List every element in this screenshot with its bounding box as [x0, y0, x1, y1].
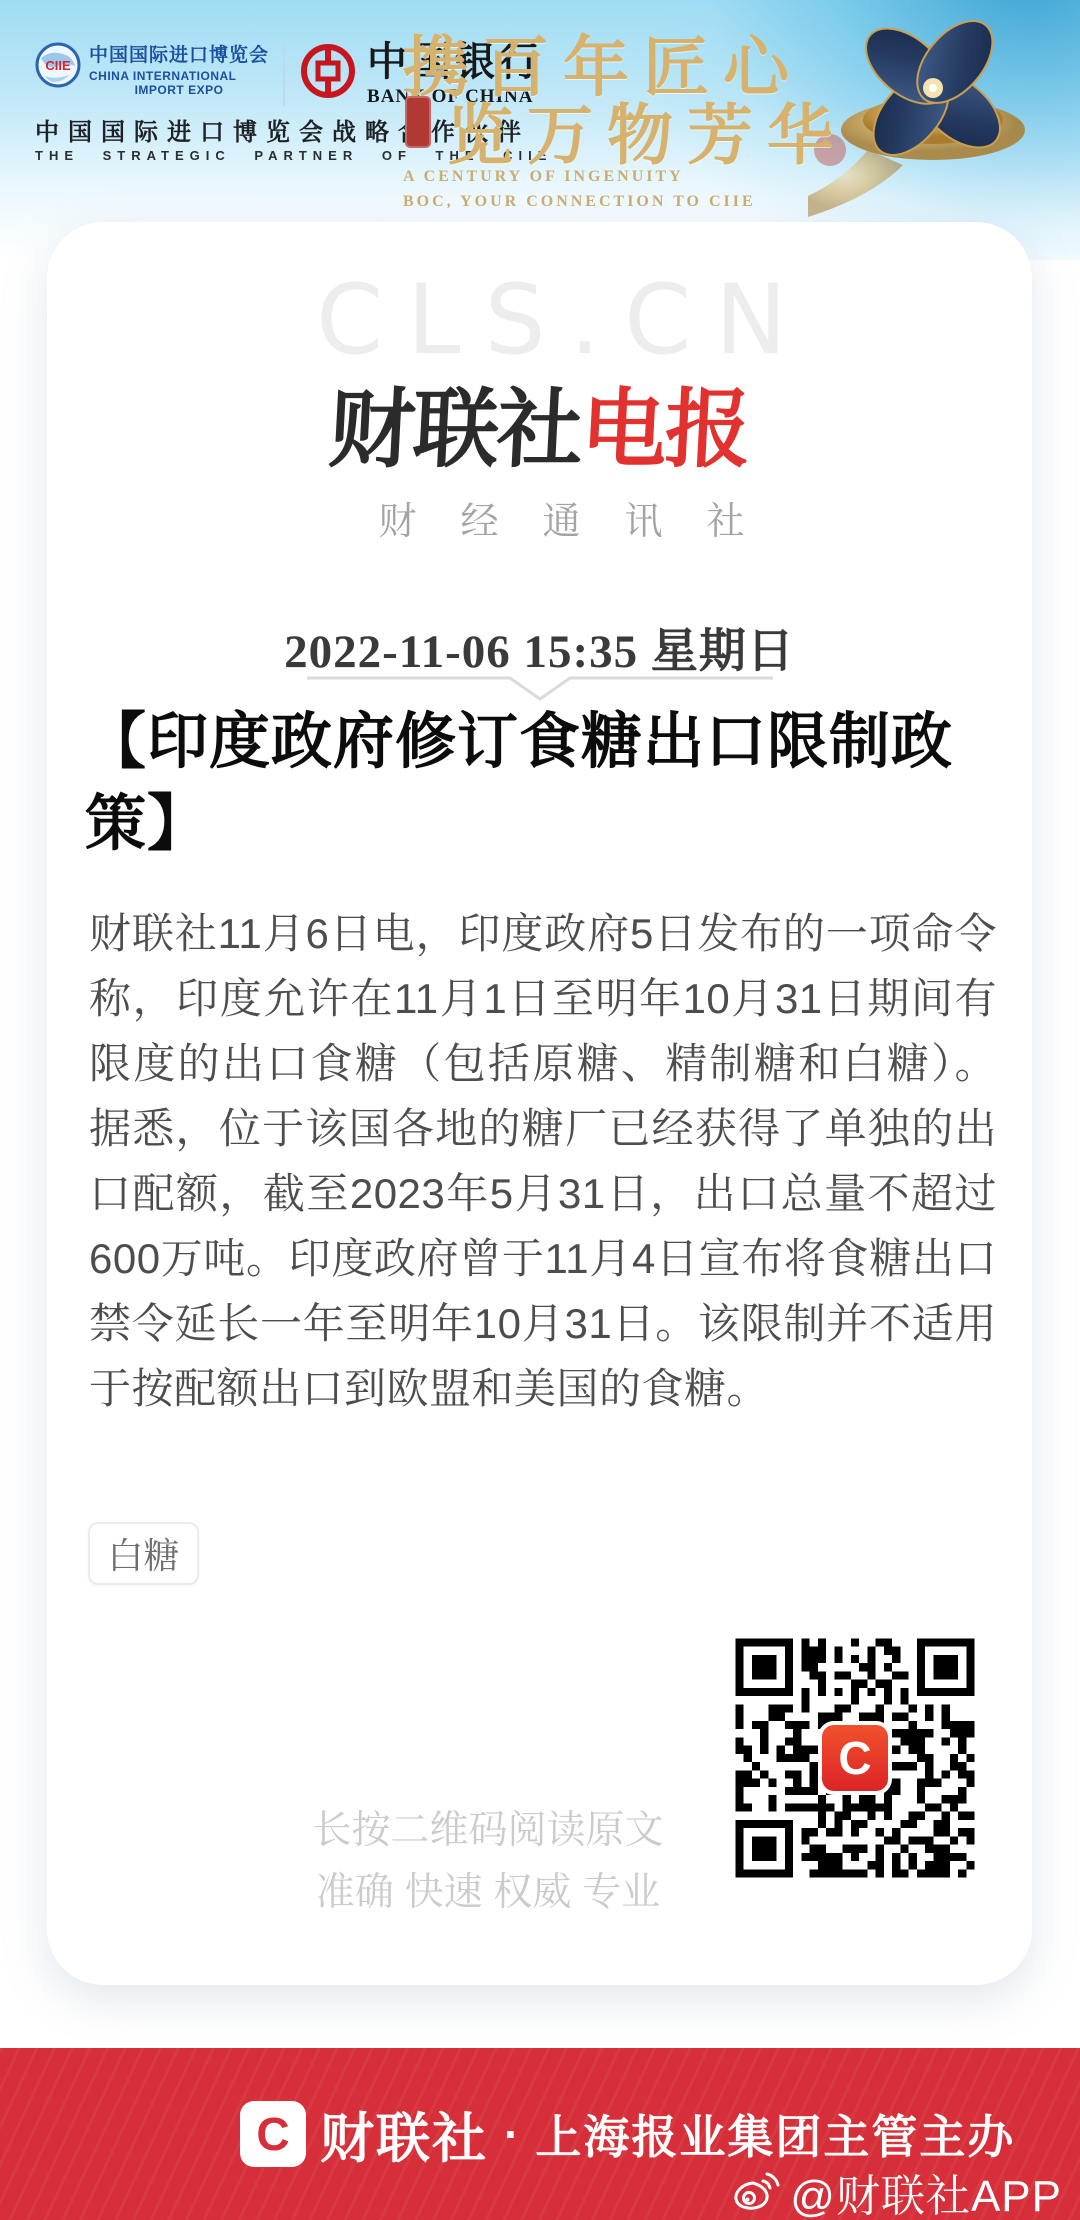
cls-c-logo: C [240, 2101, 306, 2167]
ciie-names: 中国国际进口博览会 CHINA INTERNATIONAL IMPORT EXP… [89, 40, 269, 97]
cls-telegraph-logo: 财联社电报 [44, 360, 1035, 484]
svg-text:CIIE: CIIE [45, 58, 71, 73]
publisher-row: C 财联社 · 上海报业集团主管主办 [240, 2100, 1015, 2168]
telegram-datetime: 2022-11-06 15:35 星期日 [47, 614, 1032, 681]
qr-caption-line2: 准确 快速 权威 专业 [297, 1862, 679, 1924]
qr-center-cls-logo: C [818, 1721, 892, 1795]
qr-caption: 长按二维码阅读原文 准确 快速 权威 专业 [297, 1800, 679, 1924]
boc-red-seal [405, 96, 431, 148]
bank-of-china-logo-icon [299, 42, 357, 100]
footer-brand: 财联社 [320, 2096, 488, 2173]
footer-separator: · [504, 2107, 519, 2161]
telegram-body: 财联社11月6日电，印度政府5日发布的一项命令称，印度允许在11月1日至明年10… [89, 901, 997, 1421]
logo-subtitle: 财经通讯社 [47, 490, 1076, 545]
telegram-card: CLS.CN 财联社电报 财经通讯社 2022-11-06 15:35 星期日 … [47, 222, 1032, 1985]
gold-brooch-decoration [808, 0, 1068, 220]
slogan-en-line1: A CENTURY OF INGENUITY [403, 168, 684, 186]
weibo-icon [732, 2171, 780, 2213]
weibo-handle-row: @财联社APP [732, 2160, 1062, 2220]
ciie-cn-name: 中国国际进口博览会 [89, 40, 269, 67]
ciie-en-name-2: IMPORT EXPO [89, 83, 269, 97]
slogan-cn-line2: 览万物芳华 [447, 82, 847, 177]
qr-caption-line1: 长按二维码阅读原文 [297, 1800, 679, 1862]
footer-publisher: 上海报业集团主管主办 [535, 2101, 1015, 2167]
qr-code[interactable]: C [719, 1622, 991, 1894]
ciie-logo-icon: CIIE [35, 42, 81, 88]
logo-text-red: 电报 [579, 382, 752, 478]
weibo-handle: @财联社APP [790, 2160, 1062, 2220]
ciie-en-name-1: CHINA INTERNATIONAL [89, 69, 269, 83]
logo-text-black: 财联社 [327, 382, 584, 478]
lockup-divider [283, 42, 285, 106]
cls-telegram-poster: CIIE 中国国际进口博览会 CHINA INTERNATIONAL IMPOR… [0, 0, 1080, 2220]
date-divider [305, 674, 775, 704]
slogan-en-line2: BOC, YOUR CONNECTION TO CIIE [403, 193, 756, 211]
topic-tag-baitang[interactable]: 白糖 [88, 1522, 199, 1585]
footer-bar: C 财联社 · 上海报业集团主管主办 @财联社APP [0, 2048, 1080, 2220]
telegram-headline: 【印度政府修订食糖出口限制政策】 [85, 702, 1003, 866]
